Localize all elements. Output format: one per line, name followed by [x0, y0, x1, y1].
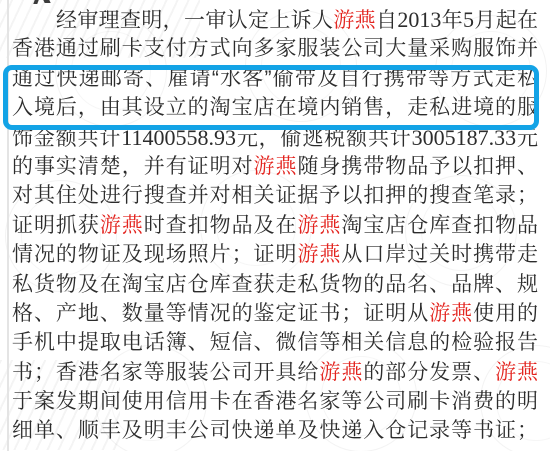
- text-segment: 随身携带物品予以扣押、: [297, 155, 538, 178]
- text-segment: 对其住处进行搜查并对相关证据予以扣押的搜查笔录；: [12, 184, 538, 207]
- text-line: 情况的物证及现场照片；证明游燕从口岸过关时携带走: [12, 240, 538, 269]
- text-segment: 通过快递邮寄、雇请“水客”偷带及自行携带等方式走私: [12, 67, 538, 90]
- text-segment: 淘宝店仓库查扣物品: [341, 214, 538, 237]
- text-line: 手机中提取电话簿、短信、微信等相关信息的检验报告: [12, 328, 538, 357]
- text-line: 于案发期间使用信用卡在香港名家等公司刷卡消费的明: [12, 387, 538, 416]
- text-segment: 饰金额共计: [12, 127, 121, 150]
- text-segment: 3005187.33: [412, 125, 517, 150]
- text-segment: 细单、顺丰及明丰公司快递单及快递入仓记录等书证；: [12, 419, 538, 442]
- defendant-name: 游燕: [495, 361, 538, 384]
- text-segment: 格、产地、数量等情况的鉴定证书；证明从: [12, 302, 429, 325]
- text-line: 的事实清楚，并有证明对游燕随身携带物品予以扣押、: [12, 152, 538, 181]
- text-segment: 的部分发票、: [363, 361, 495, 384]
- cropped-text-remnant: [43, 0, 50, 3]
- cropped-text-remnant: [33, 0, 38, 4]
- text-line-highlighted: 通过快递邮寄、雇请“水客”偷带及自行携带等方式走私: [12, 64, 538, 93]
- text-line: 细单、顺丰及明丰公司快递单及快递入仓记录等书证；: [12, 416, 538, 445]
- text-segment: 手机中提取电话簿、短信、微信等相关信息的检验报告: [12, 331, 538, 354]
- text-segment: 使用的: [473, 302, 538, 325]
- text-line: 对其住处进行搜查并对相关证据予以扣押的搜查笔录；: [12, 181, 538, 210]
- text-segment: 元，偷逃税额共计: [236, 127, 412, 150]
- text-segment: 年: [441, 9, 463, 32]
- text-block: 经审理查明，一审认定上诉人游燕自2013年5月起在香港通过刷卡支付方式向多家服装…: [12, 5, 538, 446]
- text-segment: 私货物及在淘宝店仓库查获走私货物的品名、品牌、规: [12, 273, 538, 296]
- defendant-name: 游燕: [333, 9, 376, 32]
- text-line: 书；香港名家等服装公司开具给游燕的部分发票、游燕: [12, 358, 538, 387]
- text-line: 证明抓获游燕时查扣物品及在游燕淘宝店仓库查扣物品: [12, 211, 538, 240]
- page-left-rule: [7, 0, 9, 451]
- defendant-name: 游燕: [100, 214, 144, 237]
- text-segment: 5: [463, 7, 474, 32]
- document-page: 经审理查明，一审认定上诉人游燕自2013年5月起在香港通过刷卡支付方式向多家服装…: [0, 0, 550, 451]
- defendant-name: 游燕: [297, 214, 341, 237]
- text-segment: 书；香港名家等服装公司开具给: [12, 361, 319, 384]
- text-segment: 从口岸过关时携带走: [341, 243, 538, 266]
- text-line: 私货物及在淘宝店仓库查获走私货物的品名、品牌、规: [12, 270, 538, 299]
- text-segment: 时查扣物品及在: [144, 214, 298, 237]
- defendant-name: 游燕: [429, 302, 473, 325]
- text-segment: 入境后，由其设立的淘宝店在境内销售，走私进境的服: [12, 96, 538, 119]
- text-segment: 经审理查明，一审认定上诉人: [56, 9, 333, 32]
- defendant-name: 游燕: [254, 155, 298, 178]
- text-segment: 于案发期间使用信用卡在香港名家等公司刷卡消费的明: [12, 390, 538, 413]
- text-line: 香港通过刷卡支付方式向多家服装公司大量采购服饰并: [12, 34, 538, 63]
- defendant-name: 游燕: [319, 361, 363, 384]
- text-segment: 11400558.93: [121, 125, 236, 150]
- text-segment: 证明抓获: [12, 214, 100, 237]
- defendant-name: 游燕: [297, 243, 341, 266]
- text-line: 格、产地、数量等情况的鉴定证书；证明从游燕使用的: [12, 299, 538, 328]
- text-segment: 元: [516, 127, 538, 150]
- text-segment: 月起在: [474, 9, 538, 32]
- text-segment: 香港通过刷卡支付方式向多家服装公司大量采购服饰并: [12, 37, 538, 60]
- text-segment: 情况的物证及现场照片；证明: [12, 243, 297, 266]
- text-line: 经审理查明，一审认定上诉人游燕自2013年5月起在: [12, 5, 538, 34]
- text-line: 饰金额共计11400558.93元，偷逃税额共计3005187.33元: [12, 123, 538, 152]
- text-line-highlighted: 入境后，由其设立的淘宝店在境内销售，走私进境的服: [12, 93, 538, 122]
- text-segment: 2013: [397, 7, 441, 32]
- text-segment: 的事实清楚，并有证明对: [12, 155, 254, 178]
- text-segment: 自: [376, 9, 397, 32]
